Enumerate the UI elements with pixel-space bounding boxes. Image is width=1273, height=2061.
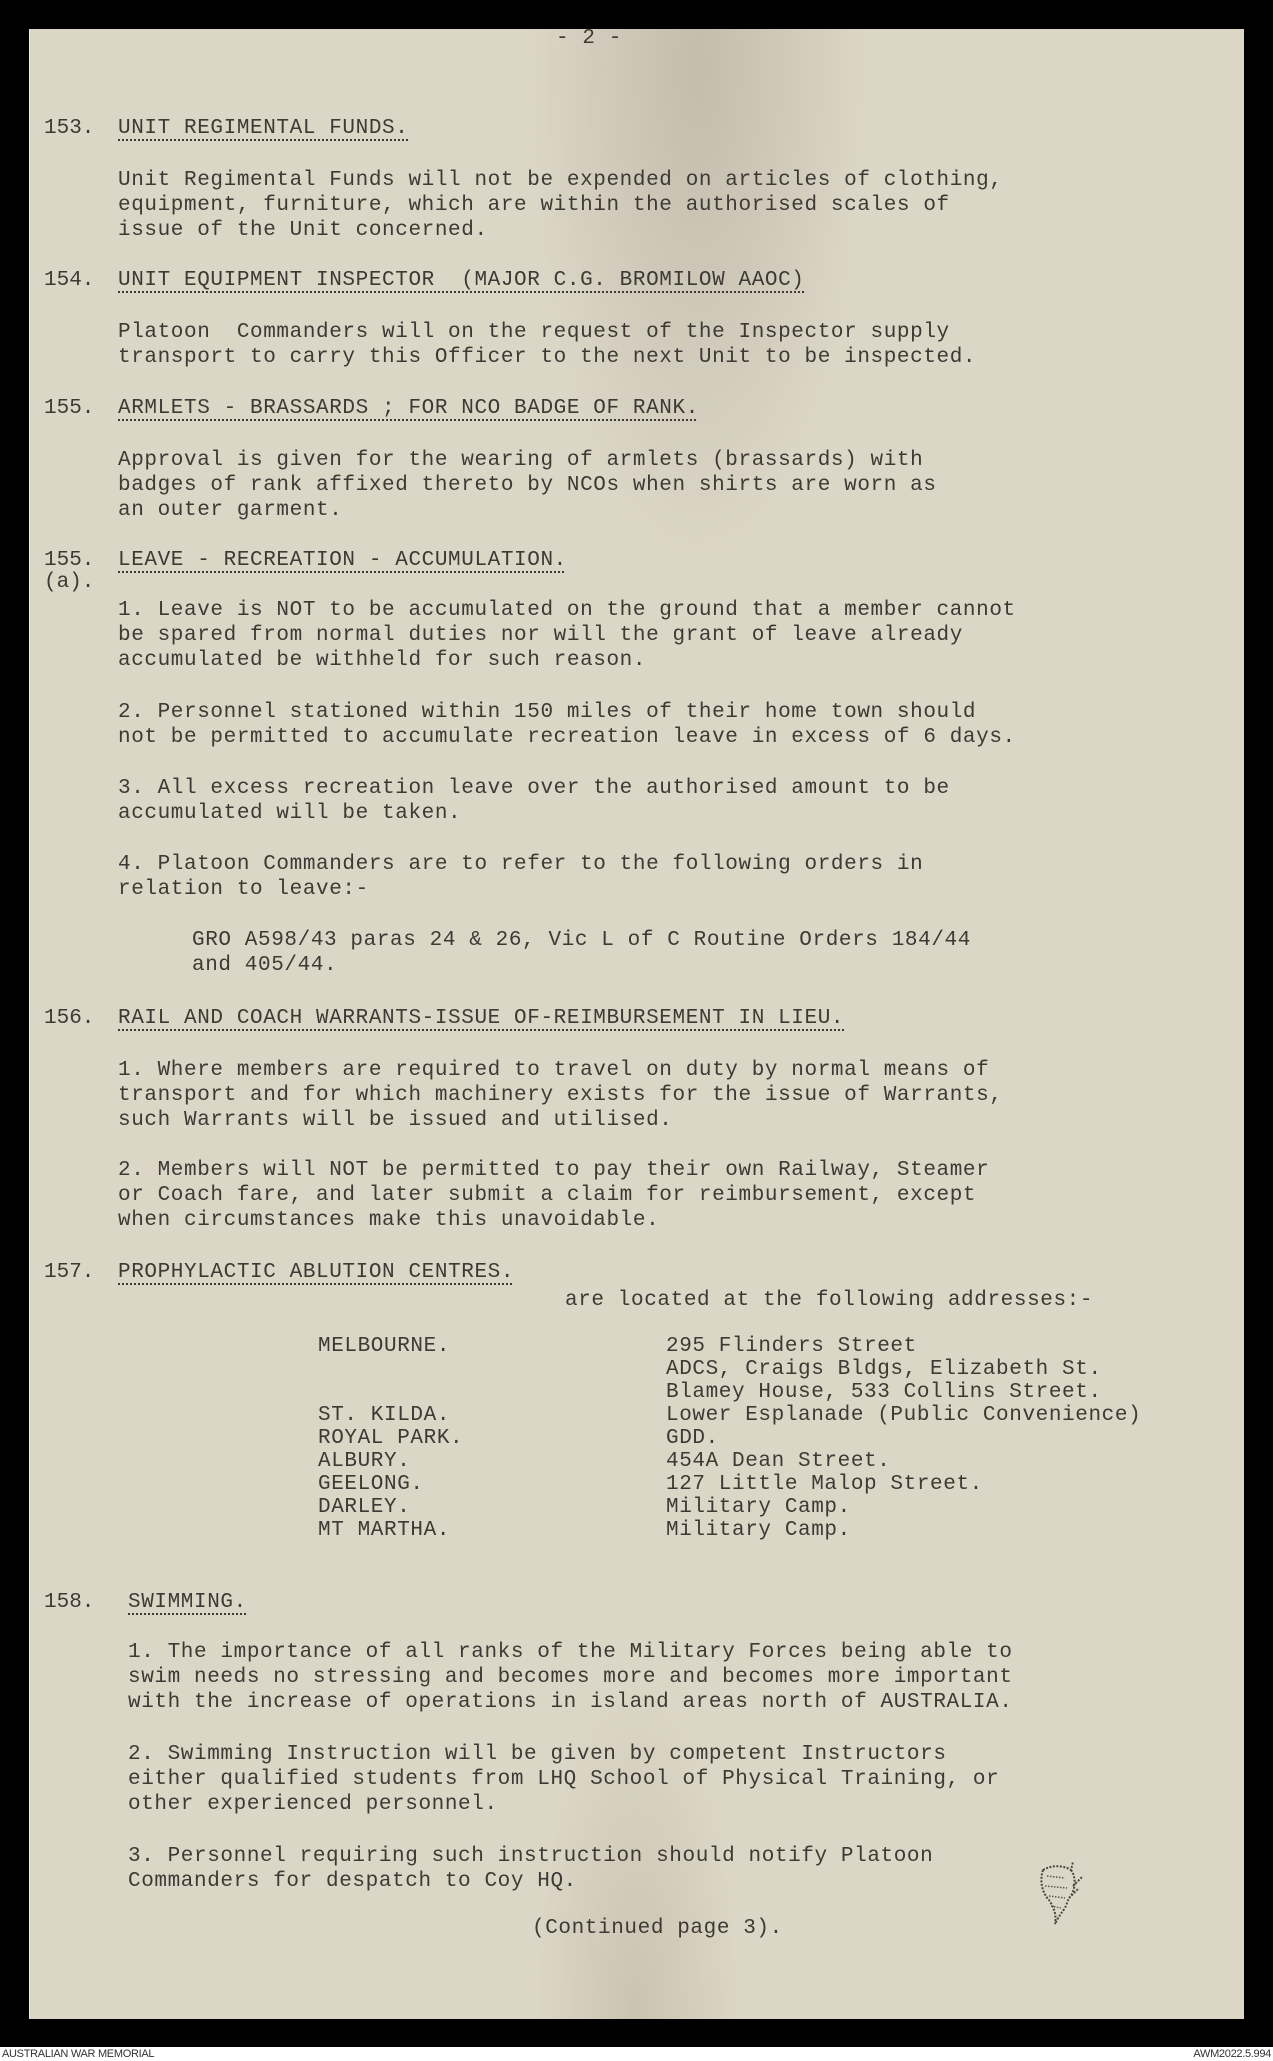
section-156-p1-line-2: transport and for which machinery exists… (118, 1083, 1003, 1108)
continued-note: (Continued page 3). (532, 1916, 783, 1941)
section-154-number: 154. (44, 268, 94, 293)
section-154-line-1: Platoon Commanders will on the request o… (118, 320, 950, 345)
location-address: GDD. (666, 1426, 719, 1451)
section-157-number: 157. (44, 1260, 94, 1285)
section-158-p3-line-1: 3. Personnel requiring such instruction … (128, 1844, 933, 1869)
section-158-p3-line-2: Commanders for despatch to Coy HQ. (128, 1869, 577, 1894)
section-158-heading: SWIMMING. (128, 1590, 247, 1615)
section-155-heading: ARMLETS - BRASSARDS ; FOR NCO BADGE OF R… (118, 396, 699, 421)
section-158-p1-line-2: swim needs no stressing and becomes more… (128, 1665, 1013, 1690)
footer-accession-number: AWM2022.5.994 (1193, 2047, 1271, 2061)
section-153-number: 153. (44, 116, 94, 141)
location-address: 454A Dean Street. (666, 1449, 890, 1474)
section-153-line-3: issue of the Unit concerned. (118, 218, 488, 243)
section-155a-p4-line-2: relation to leave:- (118, 877, 369, 902)
location-place: ROYAL PARK. (318, 1426, 463, 1451)
section-155-line-2: badges of rank affixed thereto by NCOs w… (118, 473, 937, 498)
section-155a-p4-line-1: 4. Platoon Commanders are to refer to th… (118, 852, 923, 877)
section-155a-reference-line-1: GRO A598/43 paras 24 & 26, Vic L of C Ro… (192, 928, 971, 953)
location-address: 127 Little Malop Street. (666, 1472, 983, 1497)
section-156-number: 156. (44, 1006, 94, 1031)
location-place: DARLEY. (318, 1495, 410, 1520)
section-156-p1-line-1: 1. Where members are required to travel … (118, 1058, 989, 1083)
section-156-heading: RAIL AND COACH WARRANTS-ISSUE OF-REIMBUR… (118, 1006, 844, 1031)
section-155a-heading: LEAVE - RECREATION - ACCUMULATION. (118, 548, 567, 573)
section-156-p2-line-2: or Coach fare, and later submit a claim … (118, 1183, 976, 1208)
section-158-p1-line-3: with the increase of operations in islan… (128, 1690, 1013, 1715)
section-155a-p1-line-1: 1. Leave is NOT to be accumulated on the… (118, 598, 1016, 623)
footer-source: AUSTRALIAN WAR MEMORIAL (2, 2047, 154, 2061)
section-155a-reference-line-2: and 405/44. (192, 953, 337, 978)
section-157-intro: are located at the following addresses:- (565, 1288, 1093, 1313)
section-158-p2-line-2: either qualified students from LHQ Schoo… (128, 1767, 999, 1792)
section-153-line-2: equipment, furniture, which are within t… (118, 193, 950, 218)
location-place: GEELONG. (318, 1472, 424, 1497)
section-158-p2-line-3: other experienced personnel. (128, 1792, 498, 1817)
section-158-p2-line-1: 2. Swimming Instruction will be given by… (128, 1742, 947, 1767)
location-address: Blamey House, 533 Collins Street. (666, 1380, 1102, 1405)
section-155a-subnumber: (a). (44, 570, 94, 595)
location-place: MELBOURNE. (318, 1334, 450, 1359)
section-155a-p3-line-1: 3. All excess recreation leave over the … (118, 776, 950, 801)
section-156-p2-line-1: 2. Members will NOT be permitted to pay … (118, 1158, 989, 1183)
location-place: MT MARTHA. (318, 1518, 450, 1543)
section-154-line-2: transport to carry this Officer to the n… (118, 345, 976, 370)
location-place: ST. KILDA. (318, 1403, 450, 1428)
page-number: - 2 - (556, 26, 622, 51)
section-155a-p2-line-1: 2. Personnel stationed within 150 miles … (118, 700, 976, 725)
section-155-line-3: an outer garment. (118, 498, 342, 523)
section-155a-p3-line-2: accumulated will be taken. (118, 801, 461, 826)
section-158-p1-line-1: 1. The importance of all ranks of the Mi… (128, 1640, 1013, 1665)
section-155a-p1-line-2: be spared from normal duties nor will th… (118, 623, 963, 648)
section-158-number: 158. (44, 1590, 94, 1615)
section-154-heading: UNIT EQUIPMENT INSPECTOR (MAJOR C.G. BRO… (118, 268, 805, 293)
archive-footer: AUSTRALIAN WAR MEMORIAL AWM2022.5.994 (0, 2047, 1273, 2061)
section-156-p1-line-3: such Warrants will be issued and utilise… (118, 1108, 673, 1133)
section-157-heading: PROPHYLACTIC ABLUTION CENTRES. (118, 1260, 514, 1285)
location-address: Military Camp. (666, 1518, 851, 1543)
section-153-heading: UNIT REGIMENTAL FUNDS. (118, 116, 408, 141)
location-address: Lower Esplanade (Public Convenience) (666, 1403, 1141, 1428)
section-155-number: 155. (44, 396, 94, 421)
location-place: ALBURY. (318, 1449, 410, 1474)
location-address: 295 Flinders Street (666, 1334, 917, 1359)
section-155-line-1: Approval is given for the wearing of arm… (118, 448, 923, 473)
section-155a-p2-line-2: not be permitted to accumulate recreatio… (118, 725, 1016, 750)
location-address: ADCS, Craigs Bldgs, Elizabeth St. (666, 1357, 1102, 1382)
section-156-p2-line-3: when circumstances make this unavoidable… (118, 1208, 659, 1233)
section-153-line-1: Unit Regimental Funds will not be expend… (118, 168, 1003, 193)
handwritten-mark-icon (1035, 1858, 1095, 1928)
section-155a-p1-line-3: accumulated be withheld for such reason. (118, 648, 646, 673)
location-address: Military Camp. (666, 1495, 851, 1520)
